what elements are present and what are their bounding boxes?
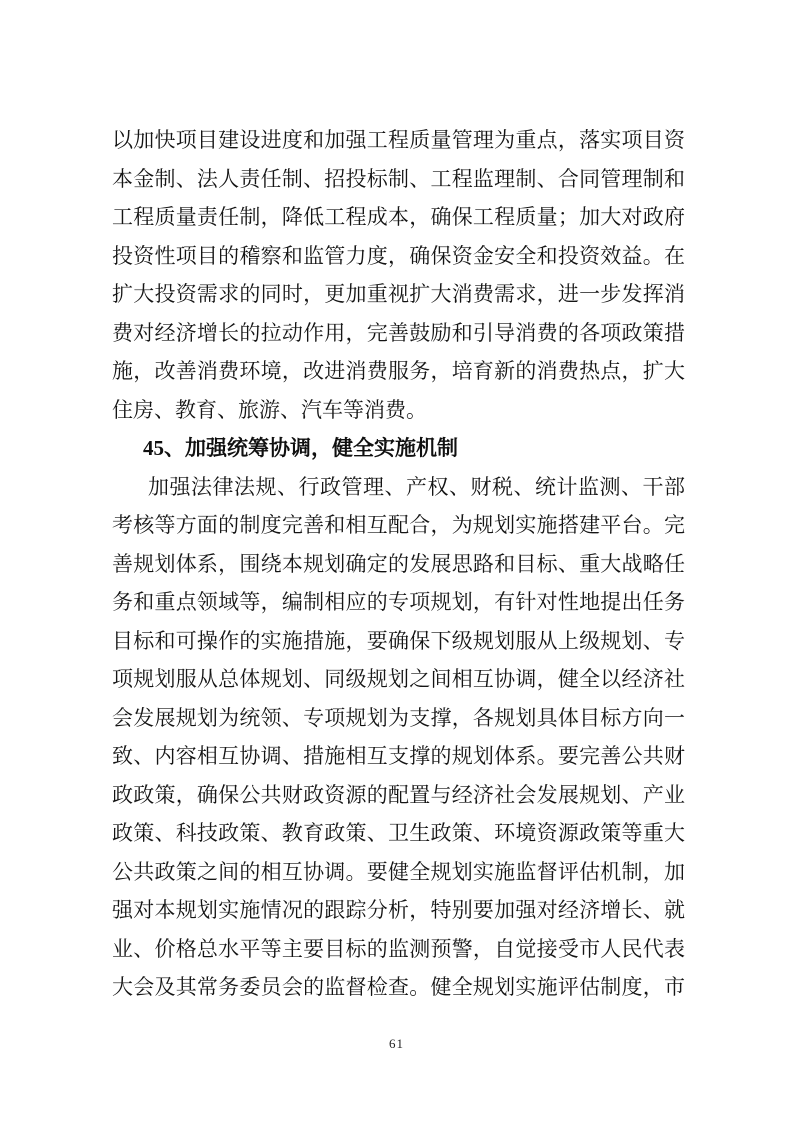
text-line: 以加快项目建设进度和加强工程质量管理为重点，落实项目资 [112,121,685,160]
text-line: 政策、科技政策、教育政策、卫生政策、环境资源政策等重大 [112,814,685,853]
text-line: 项规划服从总体规划、同级规划之间相互协调，健全以经济社 [112,660,685,699]
text-line: 强对本规划实施情况的跟踪分析，特别要加强对经济增长、就 [112,891,685,930]
text-line: 扩大投资需求的同时，更加重视扩大消费需求，进一步发挥消 [112,275,685,314]
paragraph-continued: 以加快项目建设进度和加强工程质量管理为重点，落实项目资本金制、法人责任制、招投标… [112,121,685,429]
document-page: 以加快项目建设进度和加强工程质量管理为重点，落实项目资本金制、法人责任制、招投标… [0,0,793,1122]
text-line: 本金制、法人责任制、招投标制、工程监理制、合同管理制和 [112,160,685,199]
text-line: 目标和可操作的实施措施，要确保下级规划服从上级规划、专 [112,622,685,661]
text-line: 会发展规划为统领、专项规划为支撑，各规划具体目标方向一 [112,699,685,738]
text-line: 大会及其常务委员会的监督检查。健全规划实施评估制度，市 [112,968,685,1007]
text-line: 业、价格总水平等主要目标的监测预警，自觉接受市人民代表 [112,930,685,969]
paragraph-implementation-mechanism: 加强法律法规、行政管理、产权、财税、统计监测、干部考核等方面的制度完善和相互配合… [112,468,685,1007]
text-line: 投资性项目的稽察和监管力度，确保资金安全和投资效益。在 [112,237,685,276]
section-heading: 45、加强统筹协调，健全实施机制 [112,429,685,468]
text-line: 致、内容相互协调、措施相互支撑的规划体系。要完善公共财 [112,737,685,776]
text-line: 政政策，确保公共财政资源的配置与经济社会发展规划、产业 [112,776,685,815]
text-line: 务和重点领域等，编制相应的专项规划，有针对性地提出任务 [112,583,685,622]
document-text-block: 以加快项目建设进度和加强工程质量管理为重点，落实项目资本金制、法人责任制、招投标… [112,121,685,1007]
text-line: 善规划体系，围绕本规划确定的发展思路和目标、重大战略任 [112,545,685,584]
text-line: 考核等方面的制度完善和相互配合，为规划实施搭建平台。完 [112,506,685,545]
text-line: 公共政策之间的相互协调。要健全规划实施监督评估机制，加 [112,853,685,892]
text-line: 加强法律法规、行政管理、产权、财税、统计监测、干部 [112,468,685,507]
text-line: 施，改善消费环境，改进消费服务，培育新的消费热点，扩大 [112,352,685,391]
text-line: 住房、教育、旅游、汽车等消费。 [112,391,685,430]
text-line: 费对经济增长的拉动作用，完善鼓励和引导消费的各项政策措 [112,314,685,353]
text-line: 工程质量责任制，降低工程成本，确保工程质量；加大对政府 [112,198,685,237]
page-number: 61 [0,1036,793,1052]
